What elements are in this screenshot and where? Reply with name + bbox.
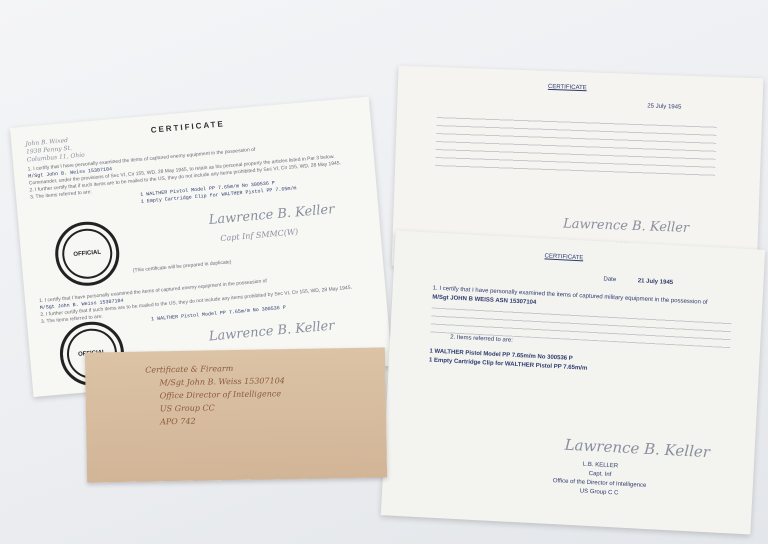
official-seal: OFFICIAL <box>53 219 122 288</box>
sheet-title: CERTIFICATE <box>544 252 583 263</box>
envelope-line: APO 742 <box>146 413 286 428</box>
rank-line: Capt Inf SMMC(W) <box>220 227 299 243</box>
sheet-date: 21 July 1945 <box>638 278 674 286</box>
sheet-title: CERTIFICATE <box>548 83 587 93</box>
envelope-handwriting: Certificate & Firearm M/Sgt John B. Weis… <box>145 361 286 428</box>
aged-envelope: Certificate & Firearm M/Sgt John B. Weis… <box>85 347 387 482</box>
envelope-line: Office Director of Intelligence <box>146 387 286 402</box>
signature: Lawrence B. Keller <box>208 202 335 228</box>
signature-block: L.B. KELLER Capt. Inf Office of the Dire… <box>552 459 647 500</box>
sheet-date: 25 July 1945 <box>647 102 681 112</box>
certificate-title: CERTIFICATE <box>150 119 225 134</box>
seal-text: OFFICIAL <box>73 250 101 258</box>
sheet-body: 1. I certify that I have personally exam… <box>429 285 733 382</box>
date-label: Date <box>603 276 616 283</box>
signature-copy: Lawrence B. Keller <box>208 319 335 345</box>
signature: Lawrence B. Keller <box>563 217 689 236</box>
typed-certificate-bottom: CERTIFICATE Date 21 July 1945 1. I certi… <box>381 231 765 535</box>
handwritten-address: John B. Wixed 1938 Penny St. Columbus 11… <box>25 136 85 165</box>
typed-body-lines <box>435 112 717 182</box>
signature: Lawrence B. Keller <box>564 436 710 462</box>
footer-note: (This certificate will be prepared in du… <box>133 259 232 275</box>
